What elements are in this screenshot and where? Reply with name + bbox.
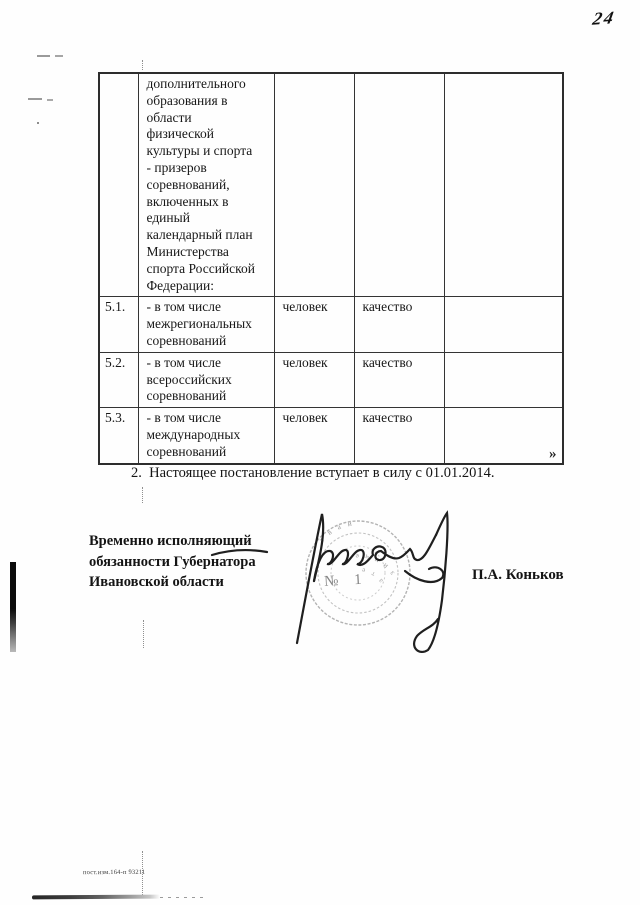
pencil-mark bbox=[37, 55, 50, 57]
cell-unit: человек bbox=[274, 297, 354, 352]
cell-number: 5.1. bbox=[99, 297, 138, 352]
stamp-and-signature: т в а и з и н ч е а т е № 1 bbox=[200, 495, 470, 665]
fold-line-artifact bbox=[142, 487, 143, 503]
scan-artifact-smudge-tail bbox=[160, 897, 204, 898]
stamp-center-text: № 1 bbox=[324, 572, 368, 590]
cell-value bbox=[444, 297, 563, 352]
pencil-mark bbox=[55, 55, 63, 57]
table-row: 5.2. - в том числе всероссийских соревно… bbox=[99, 352, 563, 407]
footer-doc-code: пост.изм.164-п 93211 bbox=[83, 869, 146, 876]
cell-unit: человек bbox=[274, 352, 354, 407]
document-page: 24 дополнительного образования в области… bbox=[0, 0, 640, 905]
cell-value bbox=[444, 352, 563, 407]
ink-speck bbox=[37, 122, 39, 124]
cell-value bbox=[444, 73, 563, 297]
official-stamp: т в а и з и н ч е а т е № 1 bbox=[306, 518, 410, 625]
fold-line-artifact bbox=[143, 620, 144, 648]
signer-name: П.А. Коньков bbox=[472, 567, 564, 584]
table-row: 5.1. - в том числе межрегиональных сорев… bbox=[99, 297, 563, 352]
handwritten-page-number: 24 bbox=[591, 7, 617, 29]
scan-artifact-bar bbox=[10, 562, 16, 652]
cell-indicator-name: - в том числе межрегиональных соревнован… bbox=[138, 297, 274, 352]
paragraph-effective-date: 2. Настоящее постановление вступает в си… bbox=[131, 465, 571, 482]
scan-artifact-smudge bbox=[32, 895, 160, 900]
cell-measure: качество bbox=[354, 297, 444, 352]
fold-line-artifact bbox=[142, 60, 143, 70]
cell-indicator-name: - в том числе международных соревнований bbox=[138, 408, 274, 464]
cell-number bbox=[99, 73, 138, 297]
cell-measure: качество bbox=[354, 408, 444, 464]
indicators-table: дополнительного образования в области фи… bbox=[98, 72, 564, 465]
pencil-mark bbox=[28, 98, 42, 100]
cell-unit bbox=[274, 73, 354, 297]
cell-number: 5.3. bbox=[99, 408, 138, 464]
cell-unit: человек bbox=[274, 408, 354, 464]
cell-measure bbox=[354, 73, 444, 297]
closing-quote-mark: » bbox=[549, 446, 557, 463]
cell-number: 5.2. bbox=[99, 352, 138, 407]
table-row: 5.3. - в том числе международных соревно… bbox=[99, 408, 563, 464]
cell-indicator-name: дополнительного образования в области фи… bbox=[138, 73, 274, 297]
cell-indicator-name: - в том числе всероссийских соревнований bbox=[138, 352, 274, 407]
pencil-mark bbox=[47, 99, 53, 101]
cell-value bbox=[444, 408, 563, 464]
cell-measure: качество bbox=[354, 352, 444, 407]
table-row: дополнительного образования в области фи… bbox=[99, 73, 563, 297]
